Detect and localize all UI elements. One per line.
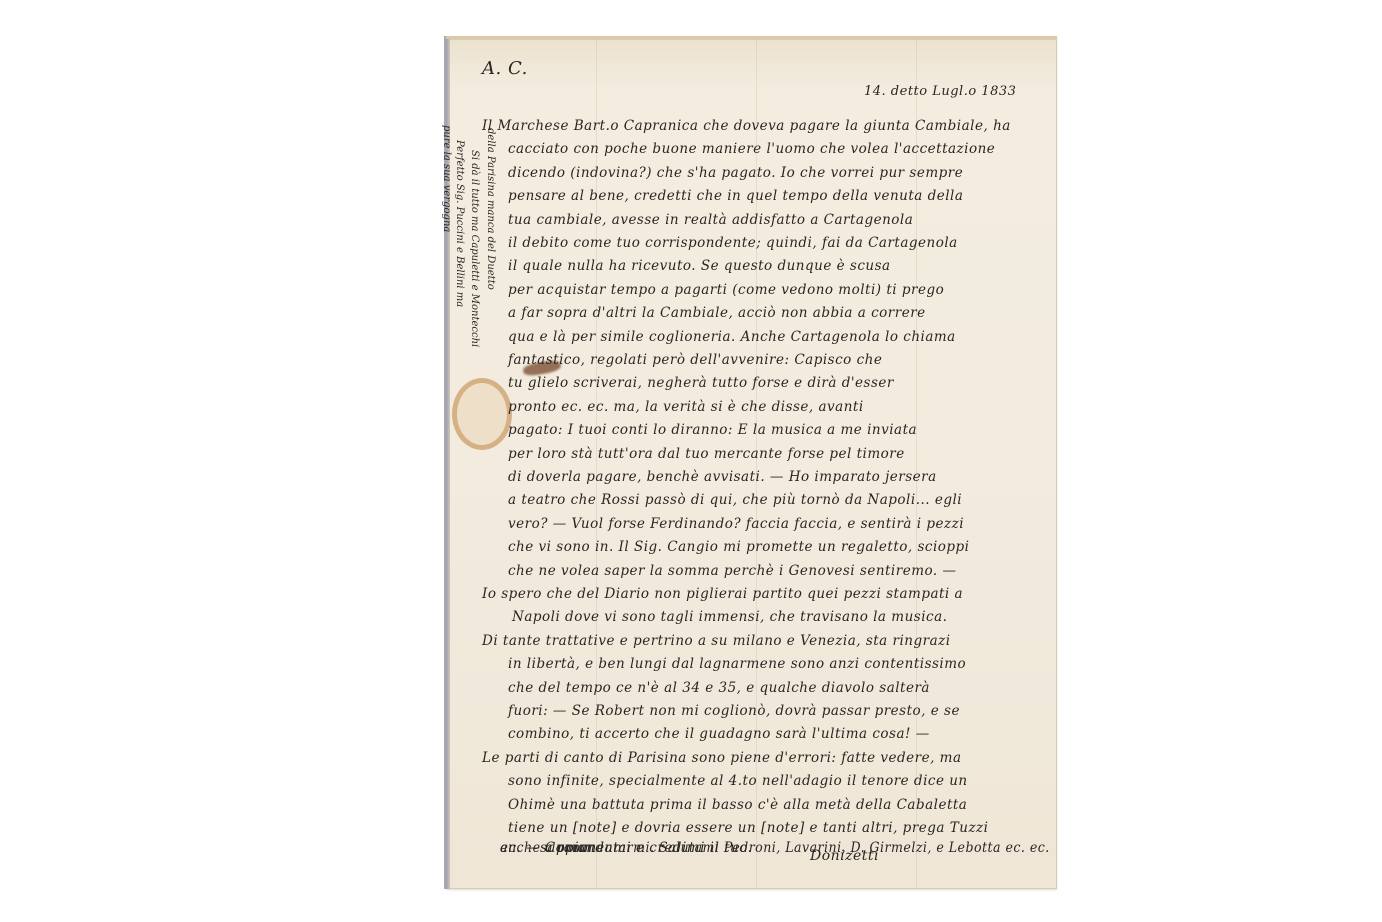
letter-line: sono infinite, specialmente al 4.to nell… xyxy=(508,773,968,789)
letter-line: fantastico, regolati però dell'avvenire:… xyxy=(508,352,882,368)
letter-line: pronto ec. ec. ma, la verità si è che di… xyxy=(508,399,864,415)
letter-line: ec. — Comandami e credimi il tuo. xyxy=(500,840,752,856)
ring-stain xyxy=(452,378,512,450)
letter-line: Io spero che del Diario non piglierai pa… xyxy=(482,586,963,602)
letter-line: in libertà, e ben lungi dal lagnarmene s… xyxy=(508,656,966,672)
letter-line: che del tempo ce n'è al 34 e 35, e qualc… xyxy=(508,680,930,696)
margin-note: Si dà il tutto ma Capuletti e Montecchi xyxy=(469,150,480,347)
letter-line: cacciato con poche buone maniere l'uomo … xyxy=(508,141,995,157)
salutation: A. C. xyxy=(482,58,528,79)
letter-line: fuori: — Se Robert non mi coglionò, dovr… xyxy=(508,703,960,719)
letter-line: tiene un [note] e dovria essere un [note… xyxy=(508,820,988,836)
letter-date: 14. detto Lugl.o 1833 xyxy=(864,84,1016,99)
margin-note: pure la sua vergogna xyxy=(441,125,452,232)
margin-note: della Parisina manca del Duetto xyxy=(485,128,496,290)
letter-line: tua cambiale, avesse in realtà addisfatt… xyxy=(508,212,913,228)
letter-line: per acquistar tempo a pagarti (come vedo… xyxy=(508,282,944,298)
margin-note: Perfetto Sig. Puccini e Bellini ma xyxy=(454,140,465,307)
letter-line: che vi sono in. Il Sig. Cangio mi promet… xyxy=(508,539,970,555)
letter-line: tu glielo scriverai, negherà tutto forse… xyxy=(508,375,894,391)
letter-line: Di tante trattative e pertrino a su mila… xyxy=(482,633,951,649)
letter-line: per loro stà tutt'ora dal tuo mercante f… xyxy=(508,446,905,462)
letter-line: combino, ti accerto che il guadagno sarà… xyxy=(508,726,930,742)
letter-line: dicendo (indovina?) che s'ha pagato. Io … xyxy=(508,165,963,181)
letter-line: a far sopra d'altri la Cambiale, acciò n… xyxy=(508,305,926,321)
letter-line: che ne volea saper la somma perchè i Gen… xyxy=(508,563,956,579)
letter-line: qua e là per simile coglioneria. Anche C… xyxy=(508,329,956,345)
letter-line: Napoli dove vi sono tagli immensi, che t… xyxy=(512,609,947,625)
letter-line: Il Marchese Bart.o Capranica che doveva … xyxy=(482,118,1011,134)
letter-line: a teatro che Rossi passò di qui, che più… xyxy=(508,492,962,508)
letter-line: il quale nulla ha ricevuto. Se questo du… xyxy=(508,258,891,274)
letter-line: pagato: I tuoi conti lo diranno: E la mu… xyxy=(508,422,917,438)
letter-line: pensare al bene, credetti che in quel te… xyxy=(508,188,963,204)
letter-line: il debito come tuo corrispondente; quind… xyxy=(508,235,958,251)
letter-line: di doverla pagare, benchè avvisati. — Ho… xyxy=(508,469,937,485)
signature: Donizetti xyxy=(810,848,879,864)
letter-line: Le parti di canto di Parisina sono piene… xyxy=(482,750,962,766)
letter-line: Ohimè una battuta prima il basso c'è all… xyxy=(508,797,967,813)
letter-line: vero? — Vuol forse Ferdinando? faccia fa… xyxy=(508,516,964,532)
